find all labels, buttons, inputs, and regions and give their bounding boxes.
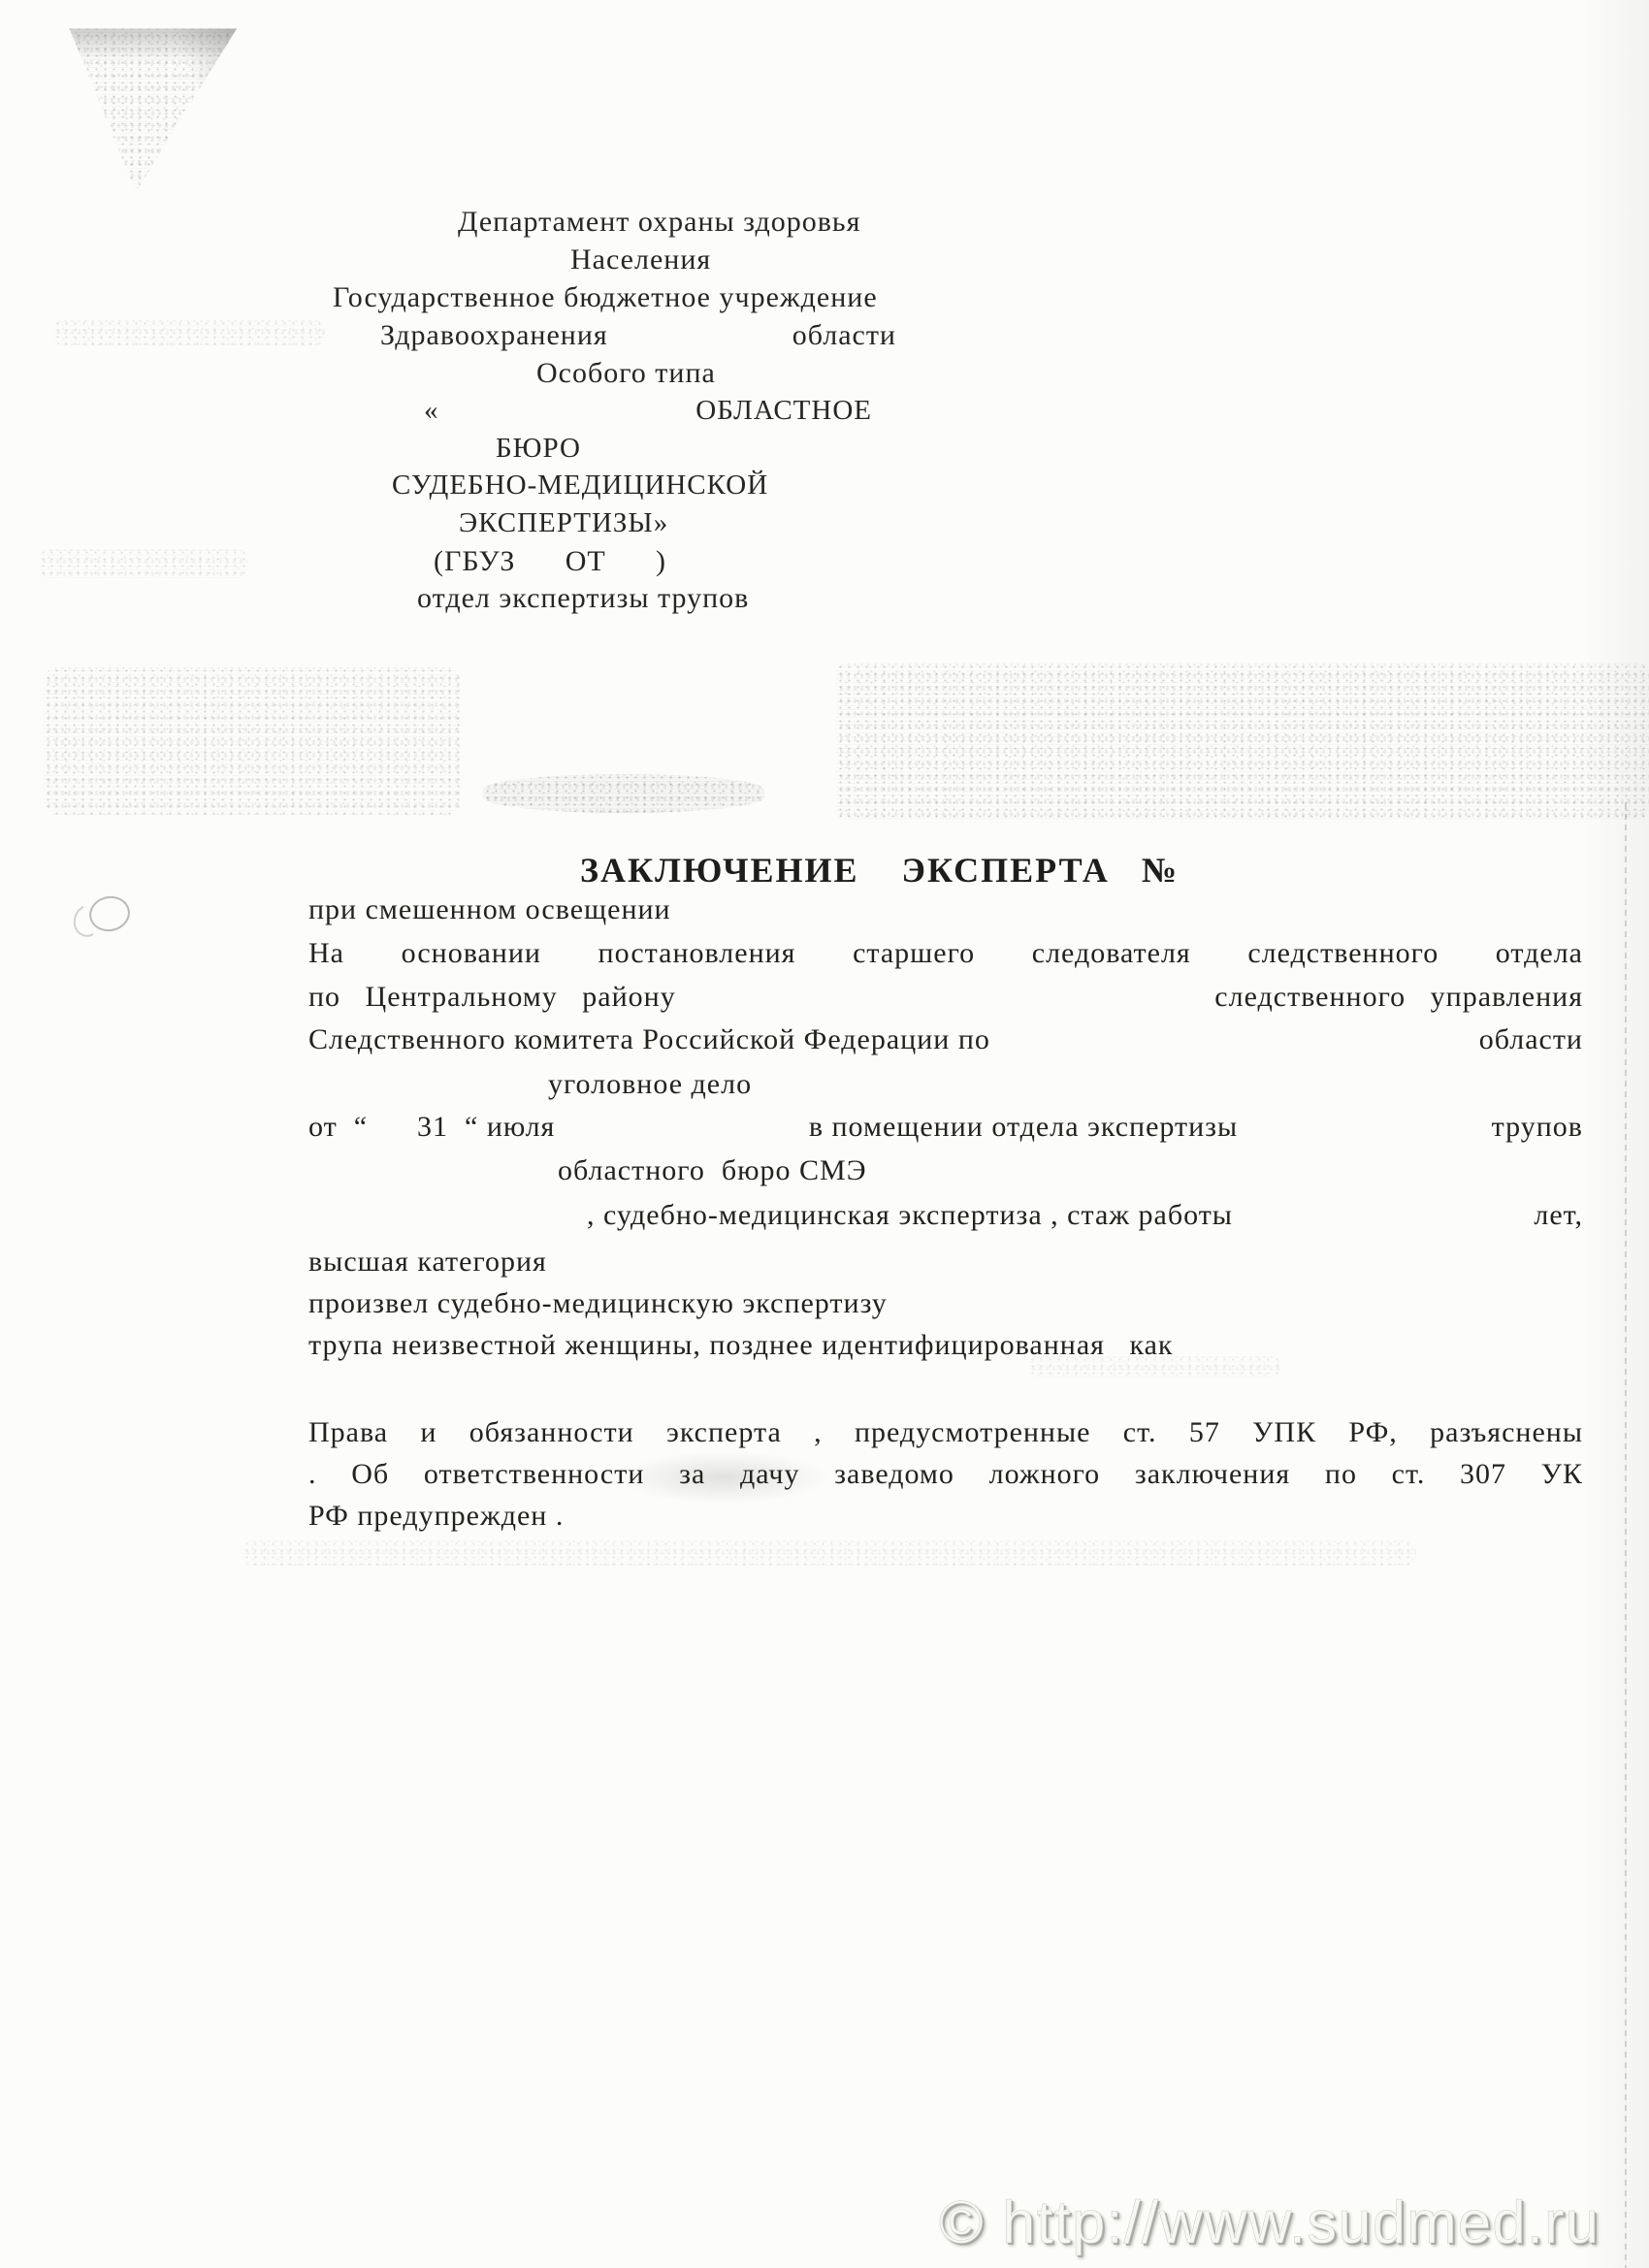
body-line: произвел судебно-медицинскую экспертизу	[308, 1287, 1583, 1320]
body-line: от “ 31 “ июля в помещении отдела экспер…	[308, 1111, 1583, 1144]
document-title: ЗАКЛЮЧЕНИЕ ЭКСПЕРТА №	[580, 850, 1179, 891]
scan-artifact-noise-band	[44, 667, 461, 815]
scan-artifact-strip	[53, 320, 325, 345]
scan-artifact-noise-band	[836, 664, 1649, 819]
scan-artifact-corner-edge	[66, 25, 237, 192]
body-line-part: области	[1479, 1023, 1583, 1056]
letterhead-line-part: области	[792, 319, 896, 352]
body-line: при смешенном освещении	[308, 893, 1583, 926]
body-line-part: от “ 31 “ июля	[308, 1111, 555, 1144]
letterhead-line: СУДЕБНО-МЕДИЦИНСКОЙ	[392, 470, 768, 502]
letterhead-line: « ОБЛАСТНОЕ	[424, 395, 872, 427]
letterhead-line-part: Здравоохранения	[380, 319, 608, 352]
body-line: На основании постановления старшего след…	[308, 937, 1583, 970]
disclaimer-line: . Об ответственности за дачу заведомо ло…	[308, 1458, 1583, 1491]
scan-artifact-strip	[39, 549, 247, 578]
body-line: , судебно-медицинская экспертиза , стаж …	[308, 1199, 1583, 1232]
letterhead-line: Особого типа	[536, 357, 716, 390]
body-line: уголовное дело	[308, 1068, 1583, 1101]
scan-artifact-smudge	[483, 774, 764, 813]
disclaimer-line: РФ предупрежден .	[308, 1500, 1583, 1533]
body-line: высшая категория	[308, 1246, 1583, 1279]
body-line-part: в помещении отдела экспертизы	[809, 1111, 1238, 1144]
letterhead-line: ЭКСПЕРТИЗЫ»	[459, 507, 668, 539]
letterhead-line: Департамент охраны здоровья	[458, 206, 860, 239]
letterhead-line: Государственное бюджетное учреждение	[333, 281, 878, 314]
letterhead-line: (ГБУЗ ОТ )	[434, 545, 666, 578]
body-line: областного бюро СМЭ	[308, 1154, 1583, 1187]
body-line: Следственного комитета Российской Федера…	[308, 1023, 1583, 1056]
letterhead-line-part: )	[656, 545, 666, 578]
letterhead-line: отдел экспертизы трупов	[417, 582, 749, 615]
body-line-part: , судебно-медицинская экспертиза , стаж …	[587, 1199, 1233, 1232]
letterhead-line-part: ОБЛАСТНОЕ	[695, 395, 872, 427]
scanned-document-page: Департамент охраны здоровья Населения Го…	[0, 0, 1649, 2268]
letterhead-line: Населения	[570, 243, 711, 276]
body-line-part: трупов	[1492, 1111, 1583, 1144]
body-line-part: лет,	[1534, 1199, 1583, 1232]
scan-artifact-strip	[242, 1540, 1416, 1566]
watermark-url: © http://www.sudmed.ru	[939, 2188, 1600, 2257]
body-line: по Центральному району следственного упр…	[308, 981, 1583, 1014]
letterhead-line: Здравоохранения области	[380, 319, 896, 352]
body-line-part: следственного управления	[1214, 981, 1583, 1014]
body-line-part: Следственного комитета Российской Федера…	[308, 1023, 990, 1056]
body-line: трупа неизвестной женщины, позднее идент…	[308, 1329, 1583, 1362]
scan-artifact-edge-shade	[1579, 0, 1649, 2268]
letterhead-line-part: «	[424, 395, 439, 427]
letterhead-line-part: ОТ	[566, 545, 606, 578]
letterhead-line: БЮРО	[496, 433, 581, 465]
disclaimer-line: Права и обязанности эксперта , предусмот…	[308, 1416, 1583, 1449]
body-line-part: по Центральному району	[308, 981, 676, 1014]
letterhead-line-part: (ГБУЗ	[434, 545, 515, 578]
